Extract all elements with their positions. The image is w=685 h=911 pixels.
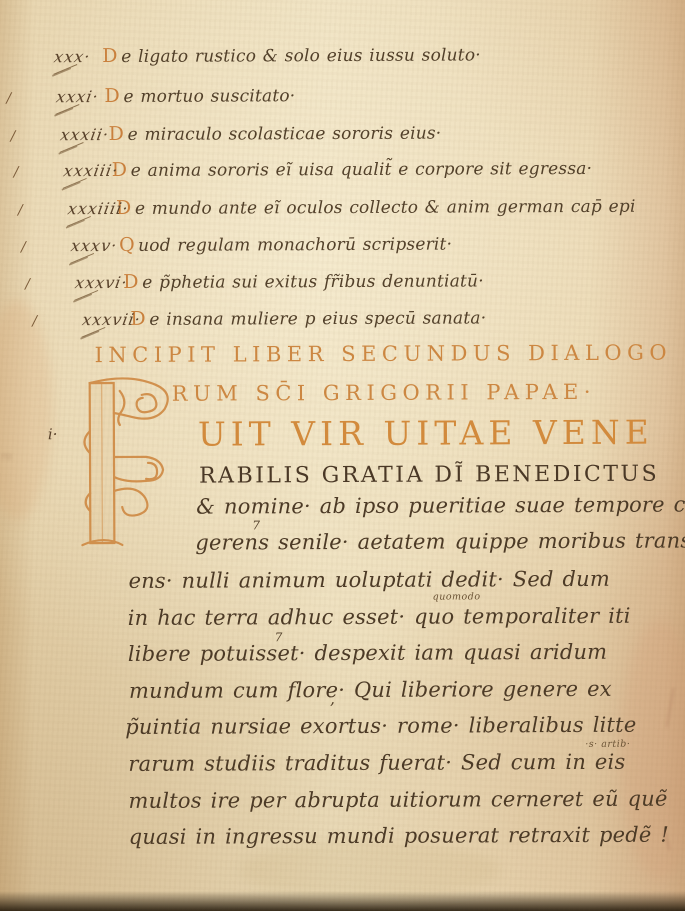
- show-through-mark: ro: [1, 451, 12, 462]
- chapter-numeral: xxxvii·: [81, 310, 132, 329]
- incipit-display-line-1: UIT VIR UITAE VENE: [198, 413, 654, 454]
- chapter-numeral: xxxvi·: [74, 273, 125, 292]
- chapter-numeral: xxxiii·: [62, 161, 113, 180]
- incipit-display-line-2: RABILIS GRATIA DĨ BENEDICTUS: [199, 462, 659, 489]
- body-line: quasi in ingressu mundi posuerat retraxi…: [129, 823, 669, 849]
- entry-initial: Q: [119, 234, 138, 256]
- body-line: & nomine· ab ipso pueritiae suae tempore…: [196, 492, 685, 518]
- body-line: ens· nulli animum uoluptati dedit· Sed d…: [128, 567, 610, 593]
- entry-text: e insana muliere p eius specū sanata·: [149, 308, 486, 329]
- body-line: multos ire per abrupta uitiorum cerneret…: [128, 787, 667, 813]
- interlinear-gloss: quomodo: [433, 591, 481, 602]
- chapter-numeral: xxxi·: [55, 87, 106, 106]
- chapter-numeral: xxxv·: [69, 236, 120, 255]
- margin-tick: /: [4, 90, 56, 106]
- index-entry: / xxxi· D e mortuo suscitato·: [4, 84, 295, 107]
- index-entry: / xxxiiii· D e mundo ante eĩ oculos coll…: [5, 195, 636, 220]
- entry-text: e mundo ante eĩ oculos collecto & anim g…: [135, 197, 636, 219]
- entry-text: e mortuo suscitato·: [123, 86, 295, 107]
- margin-tick: /: [5, 239, 71, 255]
- rubric-line-1: INCIPIT LIBER SECUNDUS DIALOGO: [95, 341, 673, 368]
- margin-chapter-number: i·: [48, 425, 58, 443]
- index-entry: / xxxvi· D e p̃phetia sui exitus fr̃ibus…: [5, 269, 484, 293]
- entry-initial: D: [102, 45, 121, 67]
- chapter-numeral: xxx·: [53, 47, 104, 66]
- rubric-line-2: RUM SC̄I GRIGORII PAPAE·: [172, 380, 596, 406]
- margin-tick: /: [5, 313, 82, 329]
- margin-tick: /: [5, 202, 68, 218]
- entry-initial: D: [109, 123, 128, 145]
- margin-tick: /: [5, 276, 75, 292]
- body-line: rarum studiis traditus fuerat· Sed cum i…: [128, 750, 625, 776]
- interlinear-gloss: ·s· artib·: [585, 739, 630, 750]
- margin-tick: /: [5, 164, 64, 180]
- correction-mark: 7: [275, 630, 283, 644]
- entry-initial: D: [104, 85, 123, 107]
- decorated-initial-F: F: [58, 373, 199, 560]
- entry-text: e p̃phetia sui exitus fr̃ibus denuntiatū…: [142, 271, 484, 292]
- index-entry: / xxxiii· D e anima sororis eĩ uisa qual…: [5, 157, 593, 182]
- entry-text: e ligato rustico & solo eius iussu solut…: [121, 45, 481, 67]
- chapter-numeral: xxxiiii·: [66, 199, 117, 218]
- body-line: mundum cum flore· Qui liberiore genere e…: [129, 677, 612, 703]
- show-through-mark: [666, 688, 685, 730]
- body-line: libere potuisset· despexit iam quasi ari…: [128, 640, 608, 666]
- correction-mark: ʼ: [329, 699, 334, 718]
- margin-tick: /: [5, 128, 61, 144]
- chapter-numeral: xxxii·: [59, 125, 110, 144]
- entry-text: uod regulam monachorū scripserit·: [138, 235, 452, 256]
- index-entry: xxx· D e ligato rustico & solo eius iuss…: [4, 43, 481, 67]
- index-entry: / xxxii· D e miraculo scolasticae sorori…: [5, 122, 442, 146]
- entry-text: e anima sororis eĩ uisa qualit̃ e corpor…: [131, 159, 593, 181]
- entry-text: e miraculo scolasticae sororis eius·: [128, 124, 442, 145]
- correction-mark: 7: [252, 518, 260, 532]
- body-line: in hac terra adhuc esset· quo temporalit…: [128, 604, 631, 630]
- page-content: xxx· D e ligato rustico & solo eius iuss…: [0, 0, 685, 911]
- index-entry: / xxxv· Q uod regulam monachorū scripser…: [5, 233, 452, 257]
- index-entry: / xxxvii· D e insana muliere p eius spec…: [5, 306, 486, 330]
- initial-f-ornament: [58, 373, 199, 556]
- body-line: gerens senile· aetatem quippe moribus tr…: [195, 528, 685, 554]
- body-line: p̃uintia nursiae exortus· rome· liberali…: [125, 713, 636, 739]
- manuscript-page: xxx· D e ligato rustico & solo eius iuss…: [0, 0, 685, 911]
